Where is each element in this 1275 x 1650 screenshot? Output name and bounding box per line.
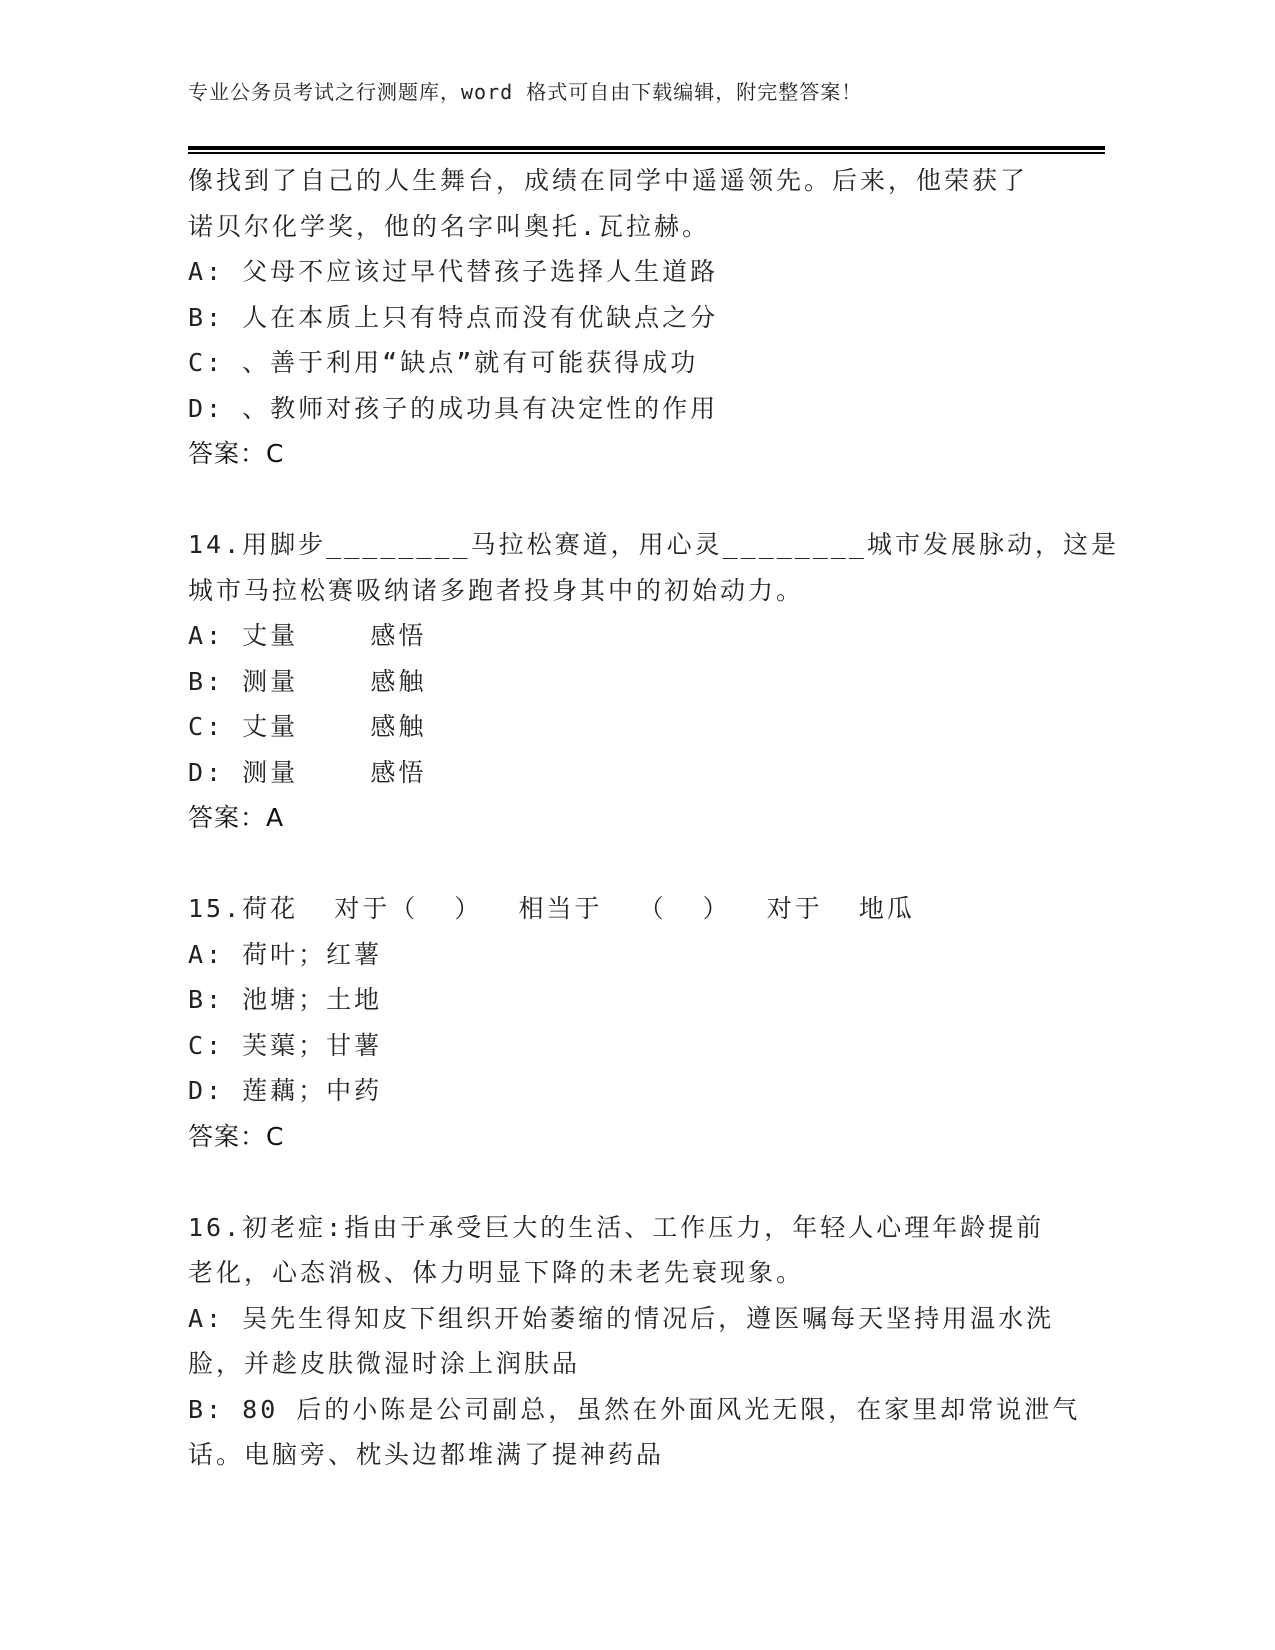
option-c: C: 丈量 感触 [188, 704, 1068, 750]
question-16: 16.初老症:指由于承受巨大的生活、工作压力，年轻人心理年龄提前 老化，心态消极… [188, 1205, 1068, 1478]
answer: 答案：C [188, 1114, 1068, 1160]
option-a: A: 丈量 感悟 [188, 613, 1068, 659]
option-a: A: 父母不应该过早代替孩子选择人生道路 [188, 249, 1068, 295]
spacer [188, 1159, 1068, 1205]
option-b: B: 80 后的小陈是公司副总，虽然在外面风光无限，在家里却常说泄气 [188, 1387, 1068, 1433]
option-d: D: 、教师对孩子的成功具有决定性的作用 [188, 386, 1068, 432]
option-d: D: 测量 感悟 [188, 750, 1068, 796]
question-list: 像找到了自己的人生舞台，成绩在同学中遥遥领先。后来，他荣获了 诺贝尔化学奖，他的… [188, 158, 1068, 1478]
question-stem: 老化，心态消极、体力明显下降的未老先衰现象。 [188, 1250, 1068, 1296]
option-d: D: 莲藕；中药 [188, 1068, 1068, 1114]
spacer [188, 477, 1068, 523]
page-header: 专业公务员考试之行测题库，word 格式可自由下载编辑，附完整答案！ [188, 76, 862, 105]
option-c: C: 芙蕖；甘薯 [188, 1023, 1068, 1069]
option-b: B: 人在本质上只有特点而没有优缺点之分 [188, 295, 1068, 341]
option-a: A: 荷叶；红薯 [188, 932, 1068, 978]
question-stem: 诺贝尔化学奖，他的名字叫奥托.瓦拉赫。 [188, 204, 1068, 250]
header-rule-thin [188, 152, 1105, 154]
option-a-continued: 脸，并趁皮肤微湿时涂上润肤品 [188, 1341, 1068, 1387]
question-13: 像找到了自己的人生舞台，成绩在同学中遥遥领先。后来，他荣获了 诺贝尔化学奖，他的… [188, 158, 1068, 477]
question-14: 14.用脚步________马拉松赛道，用心灵________城市发展脉动，这是… [188, 522, 1068, 841]
spacer [188, 841, 1068, 887]
answer: 答案：A [188, 795, 1068, 841]
option-c: C: 、善于利用“缺点”就有可能获得成功 [188, 340, 1068, 386]
option-b: B: 池塘；土地 [188, 977, 1068, 1023]
option-b: B: 测量 感触 [188, 659, 1068, 705]
question-15: 15.荷花 对于（ ） 相当于 （ ） 对于 地瓜 A: 荷叶；红薯 B: 池塘… [188, 886, 1068, 1159]
question-stem: 16.初老症:指由于承受巨大的生活、工作压力，年轻人心理年龄提前 [188, 1205, 1068, 1251]
question-stem: 城市马拉松赛吸纳诸多跑者投身其中的初始动力。 [188, 568, 1068, 614]
question-stem: 14.用脚步________马拉松赛道，用心灵________城市发展脉动，这是 [188, 522, 1068, 568]
question-stem: 15.荷花 对于（ ） 相当于 （ ） 对于 地瓜 [188, 886, 1068, 932]
question-stem: 像找到了自己的人生舞台，成绩在同学中遥遥领先。后来，他荣获了 [188, 158, 1068, 204]
header-rule-thick [188, 146, 1105, 150]
option-a: A: 吴先生得知皮下组织开始萎缩的情况后，遵医嘱每天坚持用温水洗 [188, 1296, 1068, 1342]
option-b-continued: 话。电脑旁、枕头边都堆满了提神药品 [188, 1432, 1068, 1478]
answer: 答案：C [188, 431, 1068, 477]
